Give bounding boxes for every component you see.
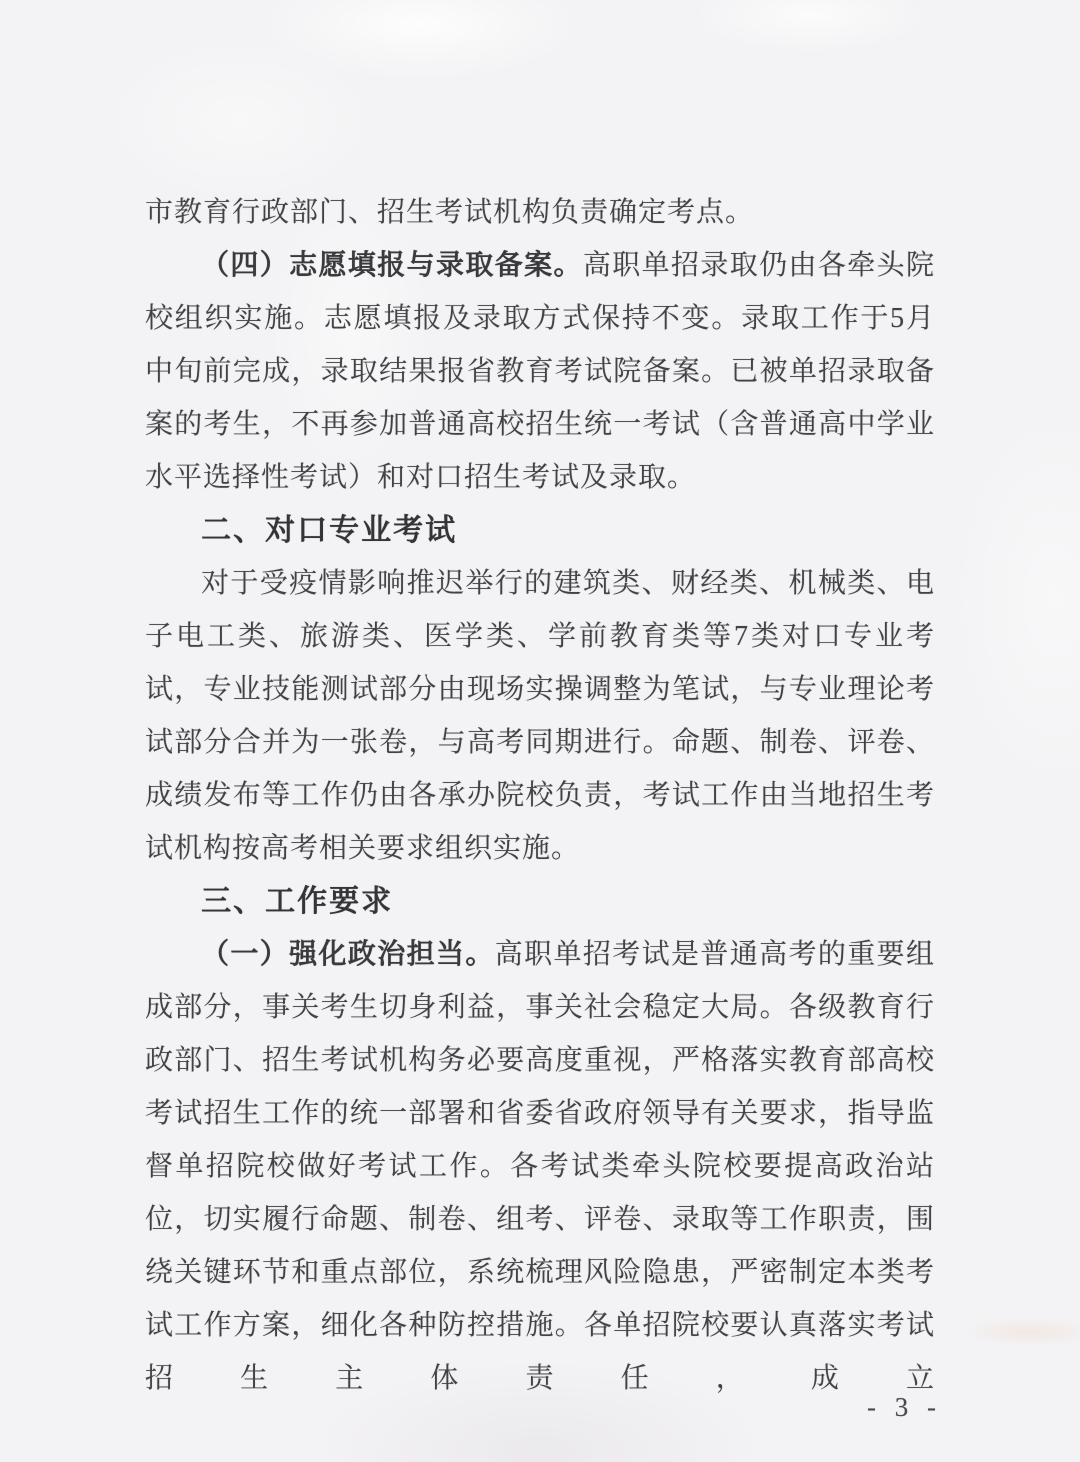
page-number: - 3 -	[867, 1392, 942, 1423]
document-body: 市教育行政部门、招生考试机构负责确定考点。 （四）志愿填报与录取备案。高职单招录…	[145, 186, 935, 1405]
paragraph-text: 高职单招录取仍由各牵头院校组织实施。志愿填报及录取方式保持不变。录取工作于5月中…	[145, 250, 935, 493]
paragraph-lead: （四）志愿填报与录取备案。	[201, 250, 583, 281]
paragraph-lead: （一）强化政治担当。	[201, 939, 495, 970]
paragraph-continuation: 市教育行政部门、招生考试机构负责确定考点。	[145, 186, 935, 239]
paragraph-duikou-exam: 对于受疫情影响推迟举行的建筑类、财经类、机械类、电子电工类、旅游类、医学类、学前…	[145, 557, 935, 875]
section-heading-2: 二、对口专业考试	[145, 504, 935, 557]
paragraph-item-4: （四）志愿填报与录取备案。高职单招录取仍由各牵头院校组织实施。志愿填报及录取方式…	[145, 239, 935, 504]
paragraph-item-1: （一）强化政治担当。高职单招考试是普通高考的重要组成部分，事关考生切身利益，事关…	[145, 928, 935, 1405]
section-heading-3: 三、工作要求	[145, 875, 935, 928]
paragraph-text: 高职单招考试是普通高考的重要组成部分，事关考生切身利益，事关社会稳定大局。各级教…	[145, 939, 935, 1394]
